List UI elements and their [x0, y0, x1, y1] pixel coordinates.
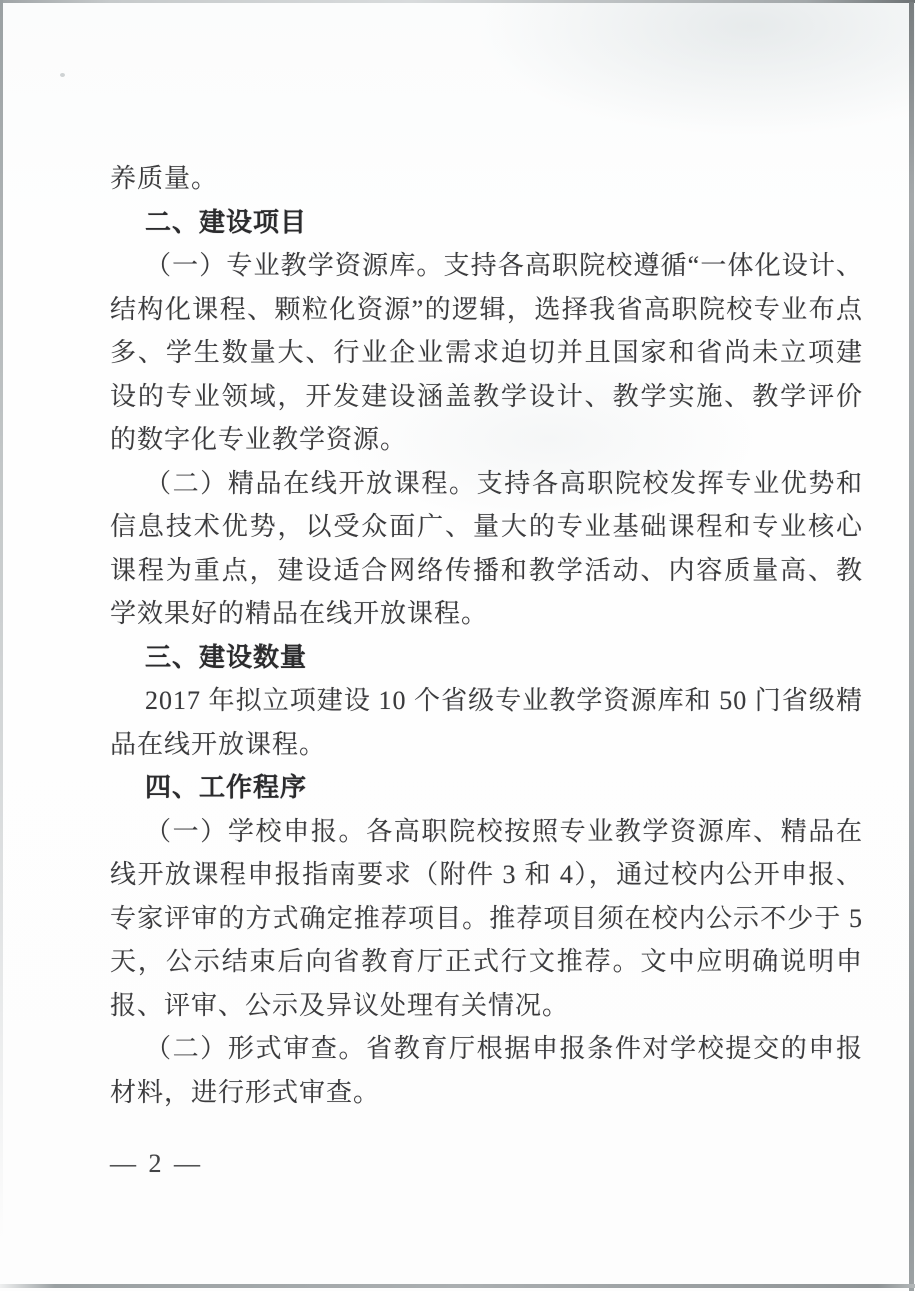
paragraph-formal-review: （二）形式审查。省教育厅根据申报条件对学校提交的申报材料，进行形式审查。	[110, 1027, 863, 1114]
paragraph-school-application: （一）学校申报。各高职院校按照专业教学资源库、精品在线开放课程申报指南要求（附件…	[110, 810, 863, 1028]
paragraph-online-open-courses: （二）精品在线开放课程。支持各高职院校发挥专业优势和信息技术优势，以受众面广、量…	[110, 462, 863, 636]
scanned-document-page: 养质量。 二、建设项目 （一）专业教学资源库。支持各高职院校遵循“一体化设计、结…	[0, 0, 915, 1291]
section-heading-work-procedure: 四、工作程序	[110, 766, 863, 810]
document-body: 养质量。 二、建设项目 （一）专业教学资源库。支持各高职院校遵循“一体化设计、结…	[110, 157, 863, 1114]
section-heading-construction-projects: 二、建设项目	[110, 201, 863, 245]
section-heading-construction-quantity: 三、建设数量	[110, 636, 863, 680]
scan-artifact-right-edge	[909, 2, 914, 1291]
paragraph-resource-library: （一）专业教学资源库。支持各高职院校遵循“一体化设计、结构化课程、颗粒化资源”的…	[110, 244, 863, 462]
scan-artifact-bottom-edge	[0, 1284, 915, 1288]
paragraph-2017-quantity: 2017 年拟立项建设 10 个省级专业教学资源库和 50 门省级精品在线开放课…	[110, 679, 863, 766]
scan-artifact-left-edge	[0, 0, 3, 1291]
paragraph-continuation: 养质量。	[110, 157, 863, 201]
scan-artifact-top-edge	[0, 0, 915, 3]
page-number: — 2 —	[110, 1148, 203, 1180]
scan-artifact-speck	[60, 73, 65, 77]
